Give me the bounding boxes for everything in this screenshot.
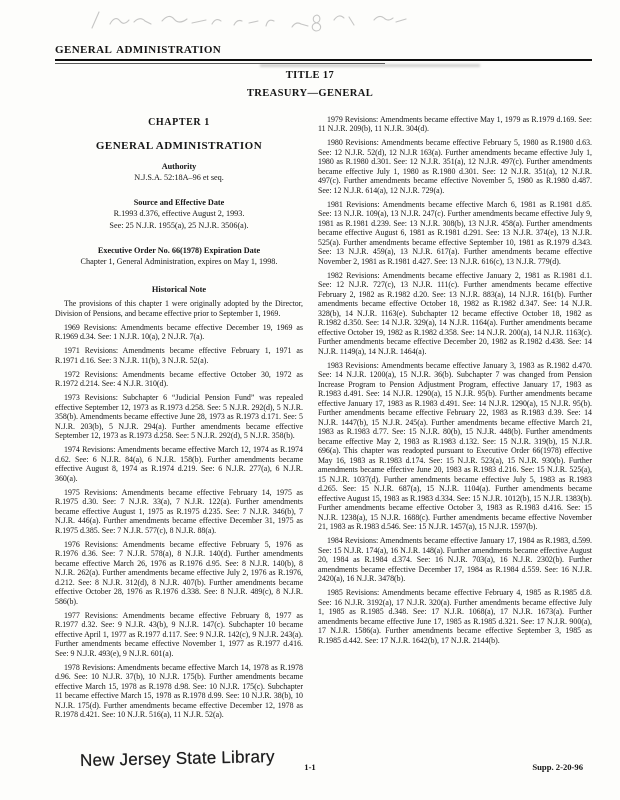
revision-paragraph: 1982 Revisions: Amendments became effect…	[318, 271, 592, 357]
right-column: 1979 Revisions: Amendments became effect…	[318, 110, 592, 645]
historical-note-intro: The provisions of this chapter 1 were or…	[55, 299, 303, 318]
authority-heading: Authority	[55, 162, 303, 171]
document-page: GENERAL ADMINISTRATION TITLE 17 TREASURY…	[0, 0, 620, 800]
revision-paragraph: 1973 Revisions: Subchapter 6 “Judicial P…	[55, 393, 303, 441]
revision-paragraph: 1969 Revisions: Amendments became effect…	[55, 323, 303, 342]
historical-note-left-paragraphs: 1969 Revisions: Amendments became effect…	[55, 323, 303, 720]
left-column: CHAPTER 1 GENERAL ADMINISTRATION Authori…	[55, 110, 303, 720]
authority-text: N.J.S.A. 52:18A–96 et seq.	[55, 173, 303, 183]
revision-paragraph: 1971 Revisions: Amendments became effect…	[55, 346, 303, 365]
handwritten-annotation	[86, 2, 416, 43]
supplement-label: Supp. 2-20-96	[532, 762, 583, 772]
running-header: GENERAL ADMINISTRATION	[55, 44, 592, 56]
revision-paragraph: 1976 Revisions: Amendments became effect…	[55, 540, 303, 607]
revision-paragraph: 1985 Revisions: Amendments became effect…	[318, 588, 592, 645]
revision-paragraph: 1984 Revisions: Amendments became effect…	[318, 536, 592, 584]
revision-paragraph: 1979 Revisions: Amendments became effect…	[318, 115, 592, 134]
page-title: TITLE 17	[0, 70, 620, 81]
revision-paragraph: 1980 Revisions: Amendments became effect…	[318, 138, 592, 195]
revision-paragraph: 1981 Revisions: Amendments became effect…	[318, 200, 592, 267]
chapter-title: GENERAL ADMINISTRATION	[55, 140, 303, 152]
page-subtitle: TREASURY—GENERAL	[0, 88, 620, 99]
expiration-heading: Executive Order No. 66(1978) Expiration …	[55, 246, 303, 255]
scan-smudge	[260, 64, 480, 67]
page-number: 1-1	[0, 762, 620, 772]
handwriting-scribble-icon	[86, 2, 416, 38]
historical-note-heading: Historical Note	[55, 285, 303, 294]
revision-paragraph: 1974 Revisions: Amendments became effect…	[55, 445, 303, 483]
source-lines: R.1993 d.376, effective August 2, 1993.S…	[55, 209, 303, 231]
expiration-text: Chapter 1, General Administration, expir…	[55, 257, 303, 267]
revision-paragraph: 1972 Revisions: Amendments became effect…	[55, 370, 303, 389]
chapter-heading: CHAPTER 1	[55, 117, 303, 128]
revision-paragraph: 1978 Revisions: Amendments became effect…	[55, 663, 303, 720]
source-line: See: 25 N.J.R. 1955(a), 25 N.J.R. 3506(a…	[55, 221, 303, 231]
revision-paragraph: 1977 Revisions: Amendments became effect…	[55, 611, 303, 659]
header-rule	[55, 59, 592, 61]
source-heading: Source and Effective Date	[55, 198, 303, 207]
source-line: R.1993 d.376, effective August 2, 1993.	[55, 209, 303, 219]
historical-note-right-paragraphs: 1979 Revisions: Amendments became effect…	[318, 115, 592, 646]
revision-paragraph: 1975 Revisions: Amendments became effect…	[55, 488, 303, 536]
revision-paragraph: 1983 Revisions: Amendments became effect…	[318, 361, 592, 532]
